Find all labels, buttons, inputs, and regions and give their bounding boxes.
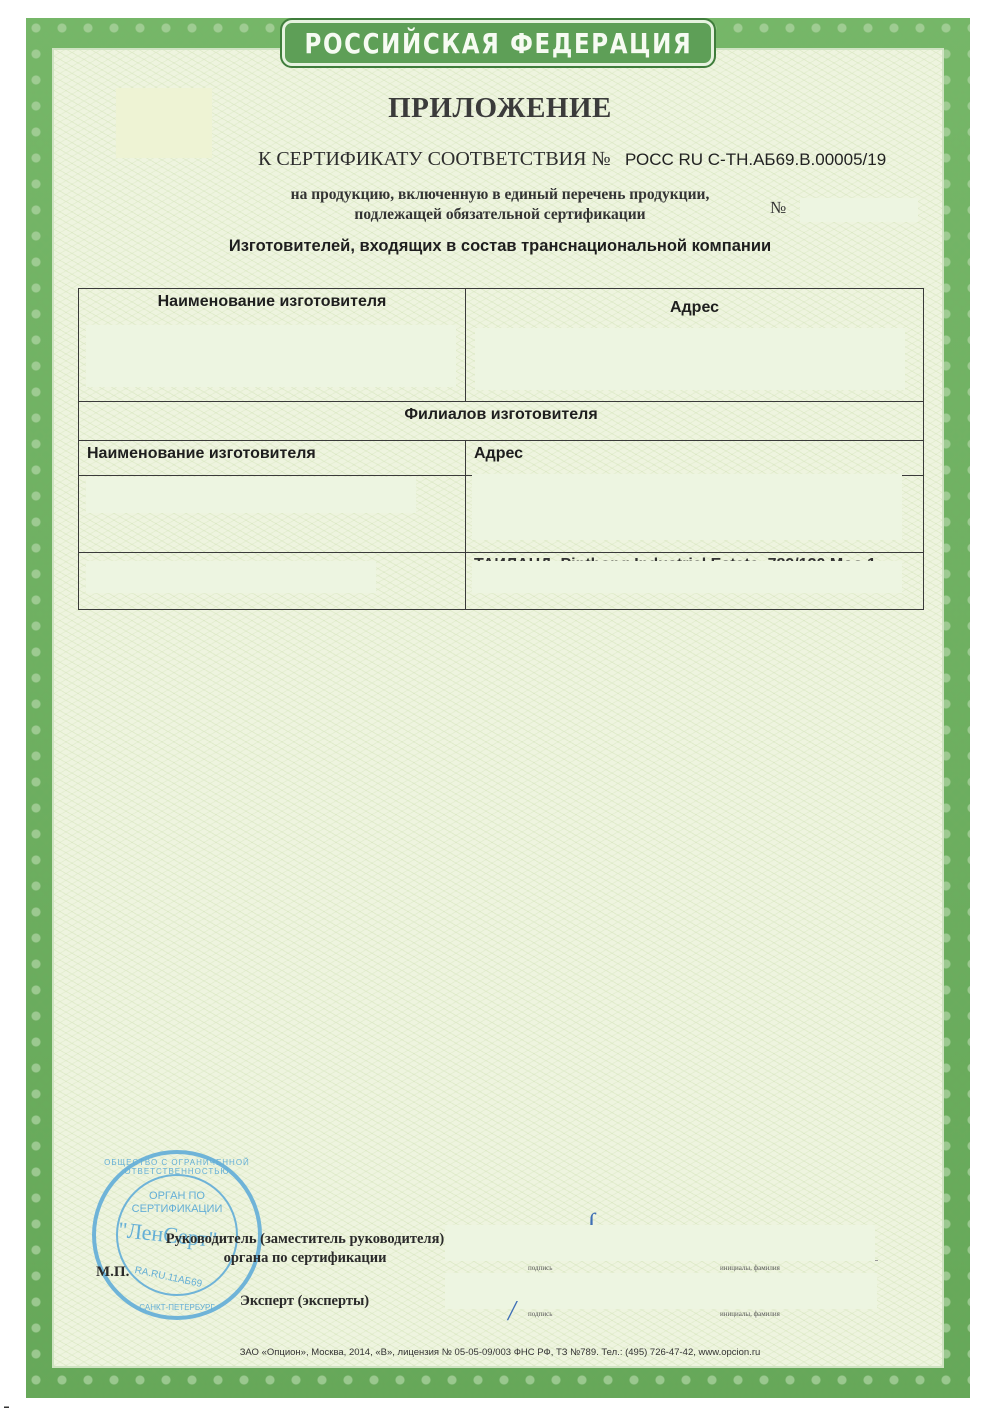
- branches-heading: Филиалов изготовителя: [79, 402, 924, 441]
- column-header-address-text: Адрес: [474, 299, 915, 317]
- redacted-branch-address-2: [472, 561, 902, 593]
- country-banner: РОССИЙСКАЯ ФЕДЕРАЦИЯ: [282, 20, 714, 66]
- redacted-manufacturer-name: [86, 325, 456, 387]
- stamp-line-1: ОРГАН ПО: [96, 1190, 258, 1203]
- certificate-number: РОСС RU С-TH.АБ69.В.00005/19: [625, 150, 886, 169]
- stamp-line-2: СЕРТИФИКАЦИИ: [96, 1203, 258, 1216]
- column-header-name-text: Наименование изготовителя: [158, 293, 387, 310]
- certificate-number-line: К СЕРТИФИКАТУ СООТВЕТСТВИЯ № РОСС RU С-T…: [258, 148, 886, 171]
- stamp-place-label: М.П.: [96, 1264, 129, 1281]
- section-heading: Изготовителей, входящих в состав трансна…: [0, 237, 1000, 256]
- caption-signature-1: подпись: [528, 1264, 552, 1272]
- redacted-head-name: [445, 1225, 875, 1261]
- caption-initials-2: инициалы, фамилия: [720, 1310, 780, 1318]
- caption-signature-2: подпись: [528, 1310, 552, 1318]
- branches-heading-row: Филиалов изготовителя: [79, 402, 924, 441]
- subtitle-line-1: на продукцию, включенную в единый перече…: [250, 185, 750, 205]
- list-number-sign: №: [770, 198, 786, 218]
- stamp-ring-text: ОБЩЕСТВО С ОГРАНИЧЕННОЙ ОТВЕТСТВЕННОСТЬЮ: [96, 1158, 258, 1176]
- branch-header-row: Наименование изготовителя Адрес: [79, 441, 924, 476]
- redacted-branch-name-2: [86, 561, 376, 593]
- expert-signature-stroke: /: [508, 1296, 516, 1328]
- corner-mark: ▬: [4, 1404, 9, 1410]
- head-label-line-1: Руководитель (заместитель руководителя): [160, 1230, 450, 1249]
- printer-footer: ЗАО «Опцион», Москва, 2014, «В», лицензи…: [0, 1347, 1000, 1358]
- certificate-label: К СЕРТИФИКАТУ СООТВЕТСТВИЯ №: [258, 148, 611, 170]
- branch-column-name: Наименование изготовителя: [79, 441, 466, 476]
- banner-text: РОССИЙСКАЯ ФЕДЕРАЦИЯ: [304, 27, 692, 60]
- head-signature-label: Руководитель (заместитель руководителя) …: [160, 1230, 450, 1268]
- redacted-branch-address-1: [472, 474, 902, 540]
- stamp-title: ОРГАН ПО СЕРТИФИКАЦИИ: [96, 1190, 258, 1216]
- branch-column-address: Адрес: [466, 441, 924, 476]
- caption-initials-1: инициалы, фамилия: [720, 1264, 780, 1272]
- document-title: ПРИЛОЖЕНИЕ: [0, 92, 1000, 125]
- subtitle-line-2: подлежащей обязательной сертификации: [250, 205, 750, 225]
- redacted-list-number: [800, 198, 918, 222]
- redacted-branch-name-1: [86, 477, 416, 513]
- expert-label: Эксперт (эксперты): [240, 1293, 369, 1310]
- stamp-city: САНКТ-ПЕТЕРБУРГ: [96, 1303, 258, 1312]
- head-label-line-2: органа по сертификации: [160, 1249, 450, 1268]
- redacted-manufacturer-address: [475, 328, 905, 390]
- subtitle: на продукцию, включенную в единый перече…: [250, 185, 750, 225]
